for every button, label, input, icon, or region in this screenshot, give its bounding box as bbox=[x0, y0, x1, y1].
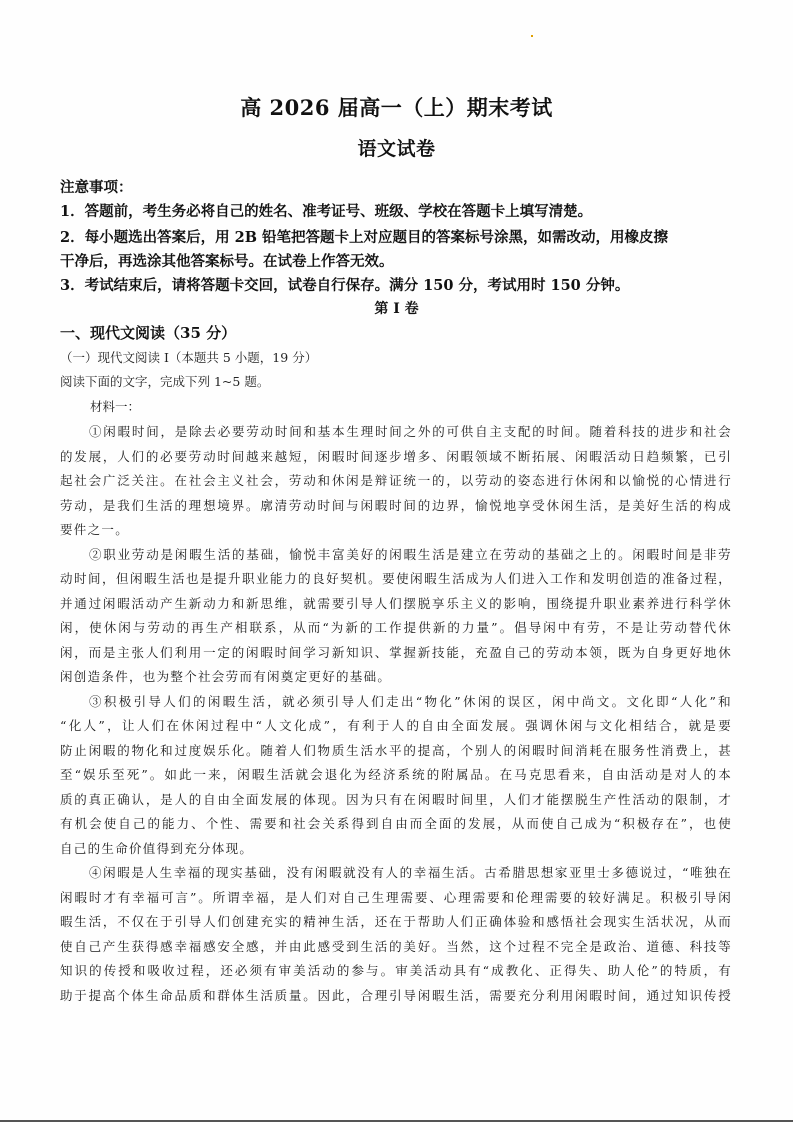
passage-line: 并通过闲暇活动产生新动力和新思维，就需要引导人们摆脱享乐主义的影响，围绕提升职业… bbox=[60, 594, 732, 612]
passage-line: 暇生活，不仅在于引导人们创建充实的精神生活，还在于帮助人们正确体验和感悟社会现实… bbox=[60, 912, 732, 930]
passage-line: ①闲暇时间，是除去必要劳动时间和基本生理时间之外的可供自主支配的时间。随着科技的… bbox=[89, 422, 732, 440]
passage-line: 助于提高个体生命品质和群体生活质量。因此，合理引导闲暇生活，需要充分利用闲暇时间… bbox=[60, 986, 732, 1004]
notice-item-1: 1．答题前，考生务必将自己的姓名、准考证号、班级、学校在答题卡上填写清楚。 bbox=[60, 200, 592, 221]
passage-line: 有机会使自己的能力、个性、需要和社会关系得到自由而全面的发展，从而使自己成为“积… bbox=[60, 814, 732, 832]
notice-item-3: 3．考试结束后，请将答题卡交回，试卷自行保存。满分 150 分，考试用时 150… bbox=[60, 274, 629, 295]
passage-line: ④闲暇是人生幸福的现实基础，没有闲暇就没有人的幸福生活。古希腊思想家亚里士多德说… bbox=[89, 863, 732, 881]
passage-line: 使自己产生获得感幸福感安全感，并由此感受到生活的美好。当然，这个过程不完全是政治… bbox=[60, 937, 732, 955]
passage-line: 防止闲暇的物化和过度娱乐化。随着人们物质生活水平的提高，个别人的闲暇时间消耗在服… bbox=[60, 741, 732, 759]
passage-line: 质的真正确认，是人的自由全面发展的体现。因为只有在闲暇时间里，人们才能摆脱生产性… bbox=[60, 790, 732, 808]
passage-line: ③积极引导人们的闲暇生活，就必须引导人们走出“物化”休闲的误区，闲中尚文。文化即… bbox=[89, 692, 732, 710]
passage-line: 动时间，但闲暇生活也是提升职业能力的良好契机。要使闲暇生活成为人们进入工作和发明… bbox=[60, 569, 732, 587]
subsection-title: （一）现代文阅读 I（本题共 5 小题，19 分） bbox=[60, 348, 317, 366]
passage-line: 闲暇时才有幸福可言”。所谓幸福，是人们对自己生理需要、心理需要和伦理需要的较好满… bbox=[60, 888, 732, 906]
passage-line: 闲，使休闲与劳动的再生产相联系，从而“为新的工作提供新的力量”。倡导闲中有劳，不… bbox=[60, 618, 732, 636]
passage-line: 要件之一。 bbox=[60, 520, 732, 538]
exam-subtitle: 语文试卷 bbox=[0, 134, 793, 161]
exam-title: 高 2026 届高一（上）期末考试 bbox=[0, 92, 793, 122]
passage-line: “化人”，让人们在休闲过程中“人文化成”，有利于人的自由全面发展。强调休闲与文化… bbox=[60, 716, 732, 734]
volume-label: 第 I 卷 bbox=[0, 298, 793, 318]
passage-line: ②职业劳动是闲暇生活的基础，愉悦丰富美好的闲暇生活是建立在劳动的基础之上的。闲暇… bbox=[89, 545, 732, 563]
notice-item-2-cont: 干净后，再选涂其他答案标号。在试卷上作答无效。 bbox=[60, 250, 394, 271]
material-label: 材料一： bbox=[90, 397, 140, 415]
passage-line: 的发展，人们的必要劳动时间越来越短，闲暇时间逐步增多、闲暇领域不断拓展、闲暇活动… bbox=[60, 447, 732, 465]
passage-line: 劳动，是我们生活的理想境界。廓清劳动时间与闲暇时间的边界，愉悦地享受休闲生活，是… bbox=[60, 496, 732, 514]
exam-page: 高 2026 届高一（上）期末考试 语文试卷 注意事项： 1．答题前，考生务必将… bbox=[0, 0, 793, 1122]
passage-line: 起社会广泛关注。在社会主义社会，劳动和休闲是辩证统一的，以劳动的姿态进行休闲和以… bbox=[60, 471, 732, 489]
passage-line: 闲，而是主张人们利用一定的闲暇时间学习新知识、掌握新技能，充盈自己的劳动本领，既… bbox=[60, 643, 732, 661]
section-title: 一、现代文阅读（35 分） bbox=[60, 322, 236, 343]
instruction: 阅读下面的文字，完成下列 1~5 题。 bbox=[60, 372, 269, 390]
passage-line: 知识的传授和吸收过程，还必须有审美活动的参与。审美活动具有“成教化、正得失、助人… bbox=[60, 961, 732, 979]
notice-heading: 注意事项： bbox=[60, 176, 133, 197]
notice-item-2: 2．每小题选出答案后，用 2B 铅笔把答题卡上对应题目的答案标号涂黑，如需改动，… bbox=[60, 226, 668, 247]
passage-line: 闲创造条件，也为整个社会劳而有闲奠定更好的基础。 bbox=[60, 667, 732, 685]
passage-line: 至“娱乐至死”。如此一来，闲暇生活就会退化为经济系统的附属品。在马克思看来，自由… bbox=[60, 765, 732, 783]
scan-mark bbox=[531, 35, 533, 37]
passage-line: 自己的生命价值得到充分体现。 bbox=[60, 839, 732, 857]
